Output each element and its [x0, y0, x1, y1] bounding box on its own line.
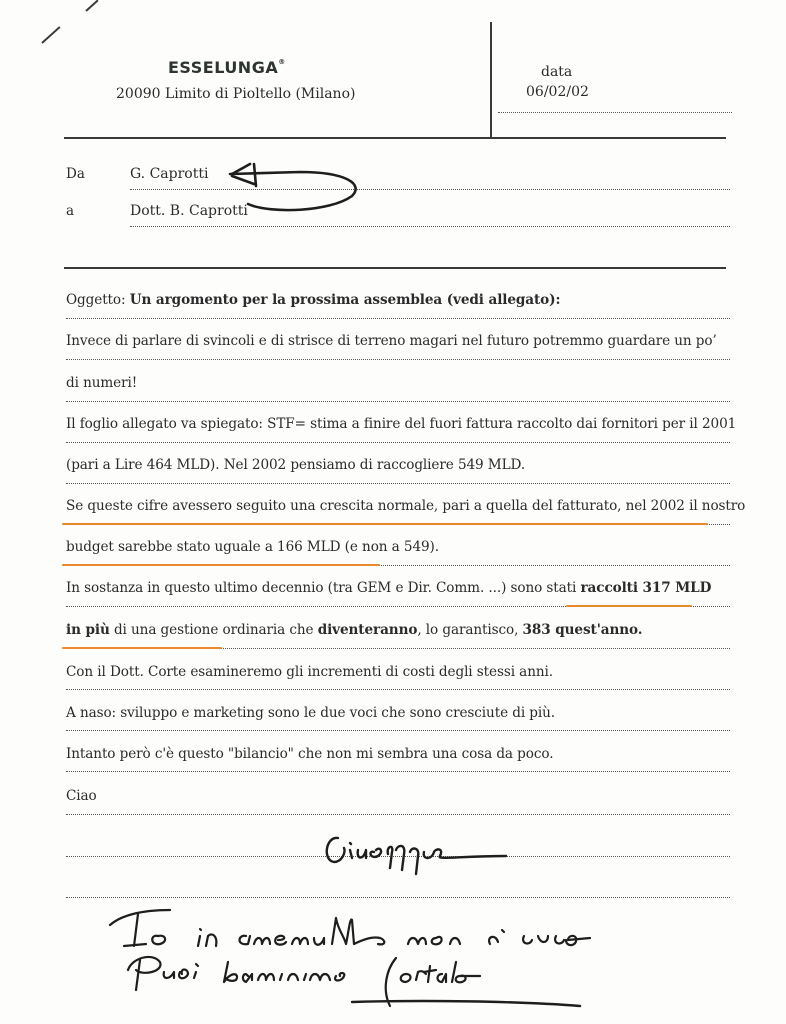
- text-segment: , lo garantisco,: [417, 622, 522, 638]
- text-segment: di numeri!: [66, 375, 137, 391]
- header-rule: [64, 137, 726, 139]
- ruled-line: [66, 401, 730, 402]
- date-value: 06/02/02: [526, 84, 589, 100]
- body-line: di numeri!: [66, 375, 137, 391]
- text-segment: Se queste cifre avessero seguito una cre…: [66, 498, 745, 514]
- body-line: In sostanza in questo ultimo decennio (t…: [66, 580, 711, 596]
- pen-mark: [85, 0, 98, 12]
- signature-dotted-line: [66, 856, 730, 857]
- ruled-line: [66, 771, 730, 772]
- body-line: Invece di parlare di svincoli e di stris…: [66, 333, 717, 349]
- text-segment: Con il Dott. Corte esamineremo gli incre…: [66, 664, 553, 680]
- text-segment: di una gestione ordinaria che: [110, 622, 318, 638]
- body-line: (pari a Lire 464 MLD). Nel 2002 pensiamo…: [66, 457, 525, 473]
- subject-line: Oggetto: Un argomento per la prossima as…: [66, 292, 560, 308]
- highlight-underline: [62, 523, 708, 525]
- pen-mark: [41, 26, 60, 44]
- company-address: 20090 Limito di Pioltello (Milano): [116, 86, 355, 102]
- date-label: data: [541, 64, 572, 80]
- body-line: Con il Dott. Corte esamineremo gli incre…: [66, 664, 553, 680]
- text-segment: A naso: sviluppo e marketing sono le due…: [66, 705, 555, 721]
- bold-text-segment: diventeranno: [318, 622, 418, 638]
- text-segment: Invece di parlare di svincoli e di stris…: [66, 333, 717, 349]
- body-line: Intanto però c'è questo "bilancio" che n…: [66, 746, 553, 762]
- ruled-line: [66, 483, 730, 484]
- highlight-underline: [566, 605, 692, 607]
- bold-text-segment: raccolti 317 MLD: [581, 580, 712, 596]
- bold-text-segment: in più: [66, 622, 110, 638]
- text-segment: Intanto però c'è questo "bilancio" che n…: [66, 746, 553, 762]
- arrow-icon: [230, 172, 356, 210]
- subject-text: Un argomento per la prossima assemblea (…: [130, 292, 561, 308]
- body-line: budget sarebbe stato uguale a 166 MLD (e…: [66, 539, 439, 555]
- text-segment: Il foglio allegato va spiegato: STF= sti…: [66, 416, 736, 432]
- highlight-underline: [62, 647, 222, 649]
- subject-label: Oggetto:: [66, 292, 125, 308]
- text-segment: In sostanza in questo ultimo decennio (t…: [66, 580, 581, 596]
- body-line: Se queste cifre avessero seguito una cre…: [66, 498, 745, 514]
- text-segment: budget sarebbe stato uguale a 166 MLD (e…: [66, 539, 439, 555]
- from-label: Da: [66, 166, 85, 182]
- text-segment: Ciao: [66, 788, 97, 804]
- note-dotted-line: [66, 897, 730, 898]
- text-segment: (pari a Lire 464 MLD). Nel 2002 pensiamo…: [66, 457, 525, 473]
- body-line: Il foglio allegato va spiegato: STF= sti…: [66, 416, 736, 432]
- to-label: a: [66, 203, 74, 219]
- fields-rule: [64, 267, 726, 269]
- body-line: A naso: sviluppo e marketing sono le due…: [66, 705, 555, 721]
- ruled-line: [66, 689, 730, 690]
- from-dotted-line: [130, 189, 730, 190]
- from-value: G. Caprotti: [130, 166, 208, 182]
- highlight-underline: [62, 564, 380, 566]
- date-dotted-line: [498, 112, 732, 113]
- ruled-line: [66, 359, 730, 360]
- body-line: Ciao: [66, 788, 97, 804]
- to-value: Dott. B. Caprotti: [130, 203, 248, 219]
- bold-text-segment: 383 quest'anno.: [523, 622, 643, 638]
- body-line: in più di una gestione ordinaria che div…: [66, 622, 642, 638]
- ruled-line: [66, 318, 730, 319]
- header-divider-vertical: [490, 22, 492, 138]
- ruled-line: [66, 442, 730, 443]
- company-logo: ESSELUNGA®: [168, 58, 286, 77]
- to-dotted-line: [130, 226, 730, 227]
- ruled-line: [66, 814, 730, 815]
- ruled-line: [66, 730, 730, 731]
